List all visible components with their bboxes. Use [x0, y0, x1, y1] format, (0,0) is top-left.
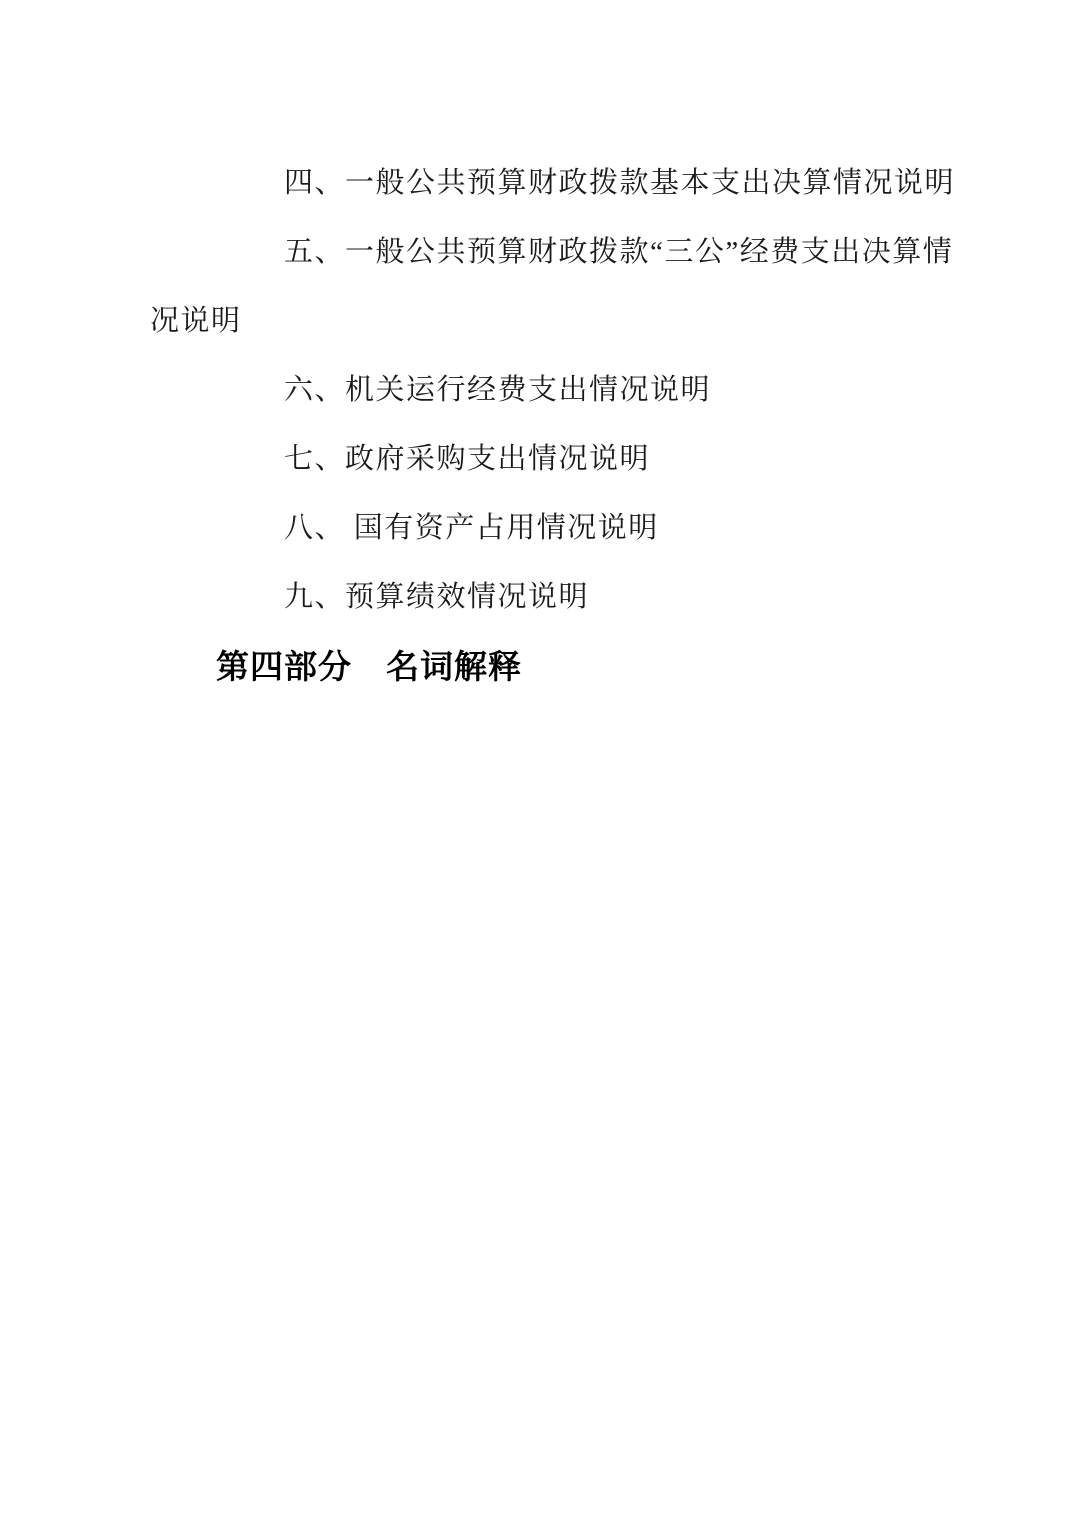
toc-item-seven: 七、政府采购支出情况说明	[150, 425, 924, 494]
toc-item-nine: 九、预算绩效情况说明	[150, 563, 924, 632]
toc-item-eight: 八、 国有资产占用情况说明	[150, 494, 924, 563]
section-heading-part-four: 第四部分 名词解释	[150, 632, 924, 701]
toc-item-five: 五、一般公共预算财政拨款“三公”经费支出决算情	[150, 218, 924, 287]
toc-item-four: 四、一般公共预算财政拨款基本支出决算情况说明	[150, 149, 924, 218]
toc-item-six: 六、机关运行经费支出情况说明	[150, 356, 924, 425]
document-page: 四、一般公共预算财政拨款基本支出决算情况说明 五、一般公共预算财政拨款“三公”经…	[0, 0, 1074, 1520]
toc-item-five-continuation: 况说明	[150, 287, 924, 356]
